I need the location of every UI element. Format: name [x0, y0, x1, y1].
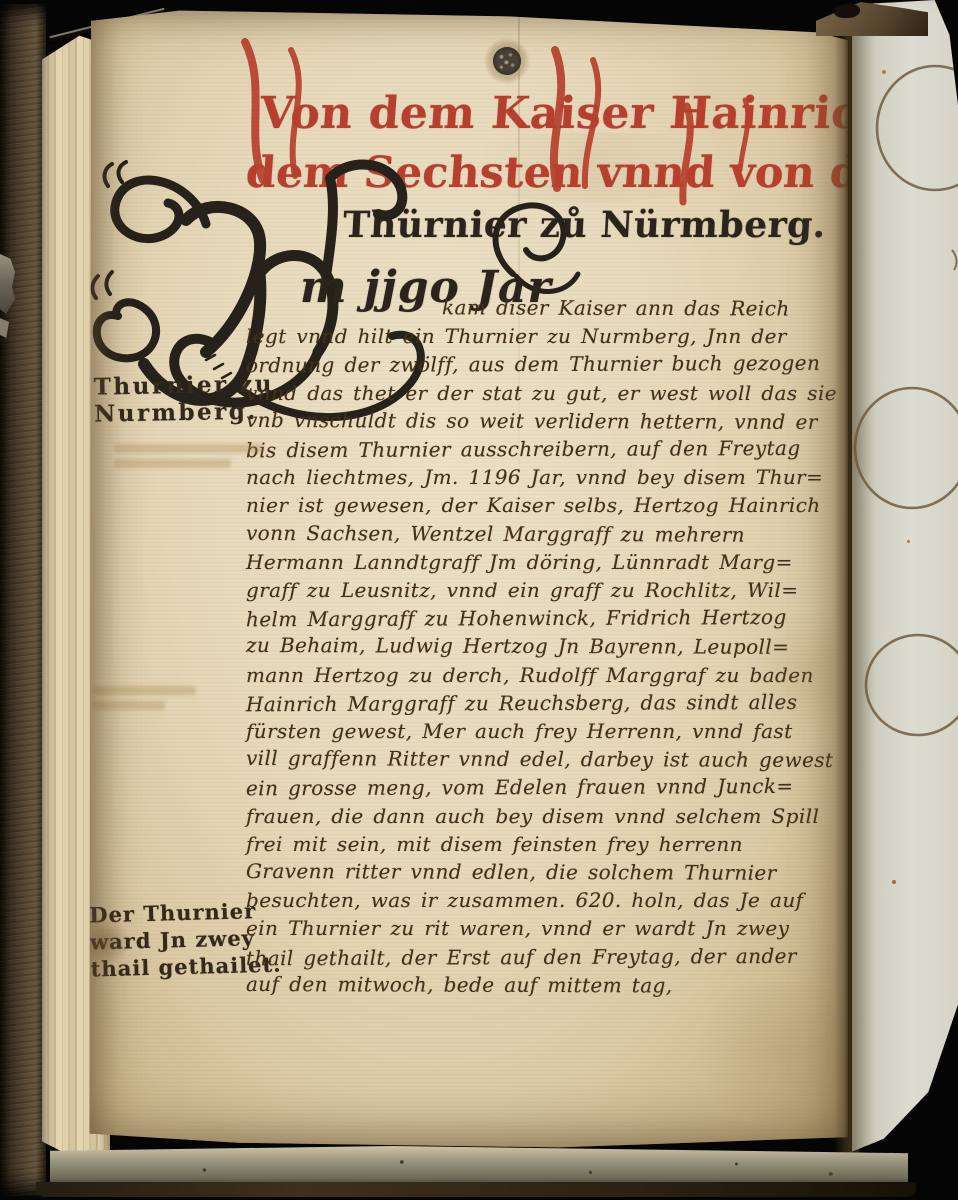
pen-trial-circles-icon [852, 0, 958, 1168]
foxing-dot [892, 880, 896, 884]
book-cover-left-edge [0, 4, 46, 1196]
next-page-edge [852, 0, 958, 1168]
foxing-dot [907, 540, 910, 543]
book-cover-bottom-edge [36, 1182, 916, 1197]
bottom-page-edges [50, 1146, 908, 1186]
manuscript-photo: Von dem Kaiser Hainrich dem Sechsten vnn… [0, 0, 958, 1200]
binding-remnant [834, 4, 860, 18]
foxing-dot [882, 70, 886, 74]
page-vignette [88, 6, 848, 1152]
manuscript-page: Von dem Kaiser Hainrich dem Sechsten vnn… [88, 6, 848, 1152]
